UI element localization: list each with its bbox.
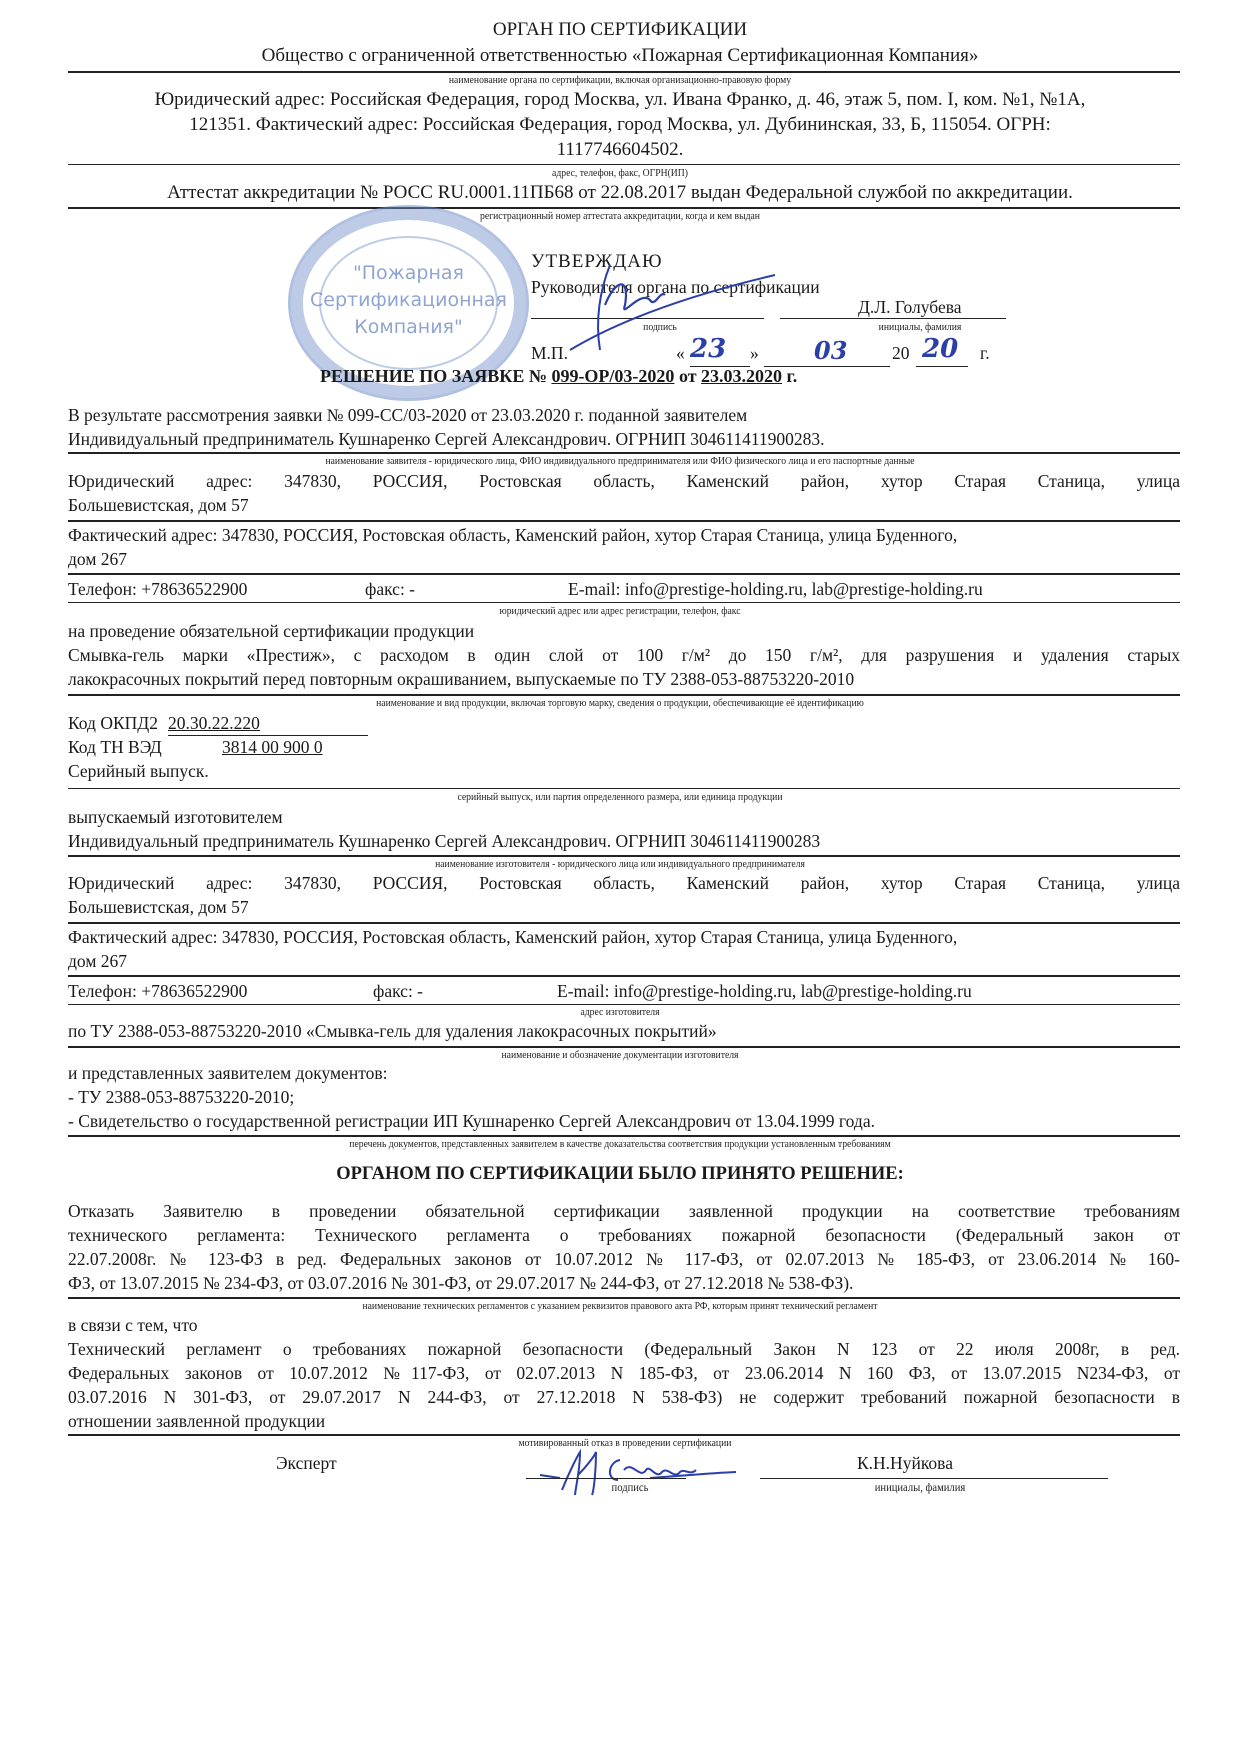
- divider: [68, 1297, 1180, 1299]
- manufacturer-actual-address-1: Фактический адрес: 347830, РОССИЯ, Росто…: [68, 926, 957, 948]
- decision-line: ФЗ, от 13.07.2015 № 234-ФЗ, от 03.07.201…: [68, 1272, 853, 1294]
- applicant-contacts-caption: юридический адрес или адрес регистрации,…: [50, 605, 1191, 618]
- divider: [68, 1046, 1180, 1048]
- accreditation-line: Аттестат аккредитации № РОСС RU.0001.11П…: [0, 181, 1240, 205]
- tnved-value: 3814 00 900 0: [222, 736, 323, 758]
- manufacturer-docs-caption: наименование и обозначение документации …: [50, 1049, 1191, 1062]
- org-address-line-1: Юридический адрес: Российская Федерация,…: [0, 88, 1240, 112]
- approval-year-unit: г.: [980, 342, 990, 364]
- reason-line: 03.07.2016 N 301-ФЗ, от 29.07.2017 N 244…: [68, 1386, 1180, 1408]
- name-line: [780, 318, 1006, 319]
- manufacturer-name-caption: наименование изготовителя - юридического…: [50, 858, 1191, 871]
- decision-title: РЕШЕНИЕ ПО ЗАЯВКЕ № 099-ОР/03-2020 от 23…: [320, 364, 797, 388]
- applicant-name-caption: наименование заявителя - юридического ли…: [50, 455, 1191, 468]
- reason-line: Технический регламент о требованиях пожа…: [68, 1338, 1180, 1360]
- date-close-quote: »: [750, 342, 759, 364]
- product-description-1: Смывка-гель марки «Престиж», с расходом …: [68, 644, 1180, 666]
- release-type: Серийный выпуск.: [68, 760, 209, 782]
- expert-name: К.Н.Нуйкова: [857, 1452, 953, 1474]
- approval-month: 03: [814, 336, 847, 365]
- stamp-text: "Пожарная Сертификационная Компания": [291, 260, 526, 341]
- divider: [68, 452, 1180, 454]
- org-address-caption: адрес, телефон, факс, ОГРН(ИП): [50, 167, 1191, 180]
- manufacturer-docs: по ТУ 2388-053-88753220-2010 «Смывка-гел…: [68, 1020, 717, 1042]
- divider: [68, 207, 1180, 209]
- document-item: - Свидетельство о государственной регист…: [68, 1110, 875, 1132]
- expert-label: Эксперт: [276, 1452, 337, 1474]
- approver-name: Д.Л. Голубева: [858, 296, 962, 318]
- manufacturer-address-caption: адрес изготовителя: [50, 1006, 1191, 1019]
- divider: [68, 1135, 1180, 1137]
- approval-year-prefix: 20: [892, 342, 910, 364]
- application-number: 099-ОР/03-2020: [551, 366, 674, 386]
- approver-signature: [540, 250, 780, 360]
- seal-place-label: М.П.: [531, 342, 568, 364]
- document-title: ОРГАН ПО СЕРТИФИКАЦИИ: [0, 18, 1240, 42]
- divider: [68, 573, 1180, 575]
- divider: [68, 922, 1180, 924]
- divider: [68, 788, 1180, 789]
- okpd2-label: Код ОКПД2: [68, 712, 158, 734]
- manufacturer-legal-address-2: Большевистская, дом 57: [68, 896, 249, 918]
- approval-year-suffix: 20: [922, 334, 958, 364]
- expert-signature-caption: подпись: [593, 1482, 667, 1495]
- decision-caption: наименование технических регламентов с у…: [50, 1300, 1191, 1313]
- applicant-legal-address-2: Большевистская, дом 57: [68, 494, 249, 516]
- org-name: Общество с ограниченной ответственностью…: [0, 44, 1240, 68]
- expert-signature: [500, 1440, 740, 1510]
- divider: [68, 855, 1180, 857]
- reason-line: отношении заявленной продукции: [68, 1410, 325, 1432]
- manufacturer-name: Индивидуальный предприниматель Кушнаренк…: [68, 830, 820, 852]
- applicant-phone: Телефон: +78636522900: [68, 578, 247, 600]
- okpd2-value: 20.30.22.220: [168, 712, 260, 734]
- org-address-line-3: 1117746604502.: [0, 138, 1240, 162]
- applicant-actual-address-2: дом 267: [68, 548, 127, 570]
- divider: [68, 164, 1180, 165]
- divider: [68, 520, 1180, 522]
- document-item: - ТУ 2388-053-88753220-2010;: [68, 1086, 294, 1108]
- approval-day: 23: [690, 334, 726, 364]
- reason-line: Федеральных законов от 10.07.2012 №117-Ф…: [68, 1362, 1180, 1384]
- divider: [68, 602, 1180, 603]
- applicant-fax: факс: -: [365, 578, 415, 600]
- divider: [68, 1434, 1180, 1436]
- manufacturer-phone: Телефон: +78636522900: [68, 980, 247, 1002]
- name-caption: инициалы, фамилия: [856, 321, 985, 334]
- divider: [68, 694, 1180, 696]
- divider: [68, 71, 1180, 73]
- product-intro: на проведение обязательной сертификации …: [68, 620, 474, 642]
- org-name-caption: наименование органа по сертификации, вкл…: [50, 74, 1191, 87]
- application-date: 23.03.2020: [701, 366, 782, 386]
- manufacturer-fax: факс: -: [373, 980, 423, 1002]
- tnved-label: Код ТН ВЭД: [68, 736, 162, 758]
- divider: [68, 1004, 1180, 1005]
- release-caption: серийный выпуск, или партия определенног…: [50, 791, 1191, 804]
- applicant-actual-address-1: Фактический адрес: 347830, РОССИЯ, Росто…: [68, 524, 957, 546]
- manufacturer-email: E-mail: info@prestige-holding.ru, lab@pr…: [557, 980, 972, 1002]
- decision-line: 22.07.2008г. № 123-ФЗ в ред. Федеральных…: [68, 1248, 1180, 1270]
- expert-name-line: [760, 1478, 1108, 1479]
- applicant-name: Индивидуальный предприниматель Кушнаренк…: [68, 428, 825, 450]
- date-open-quote: «: [676, 342, 685, 364]
- applicant-legal-address-1: Юридический адрес: 347830, РОССИЯ, Росто…: [68, 470, 1180, 492]
- certification-decision-document: ОРГАН ПО СЕРТИФИКАЦИИ Общество с огранич…: [0, 0, 1240, 1754]
- expert-signature-line: [526, 1478, 686, 1479]
- applicant-intro: В результате рассмотрения заявки № 099-С…: [68, 404, 747, 426]
- decision-line: Отказать Заявителю в проведении обязател…: [68, 1200, 1180, 1222]
- manufacturer-intro: выпускаемый изготовителем: [68, 806, 283, 828]
- expert-name-caption: инициалы, фамилия: [846, 1482, 993, 1495]
- divider: [68, 975, 1180, 977]
- manufacturer-legal-address-1: Юридический адрес: 347830, РОССИЯ, Росто…: [68, 872, 1180, 894]
- documents-intro: и представленных заявителем документов:: [68, 1062, 388, 1084]
- decision-heading: ОРГАНОМ ПО СЕРТИФИКАЦИИ БЫЛО ПРИНЯТО РЕШ…: [0, 1162, 1240, 1186]
- year-line: [916, 366, 968, 367]
- product-description-2: лакокрасочных покрытий перед повторным о…: [68, 668, 854, 690]
- applicant-email: E-mail: info@prestige-holding.ru, lab@pr…: [568, 578, 983, 600]
- decision-line: технического регламента: Технического ре…: [68, 1224, 1180, 1246]
- manufacturer-actual-address-2: дом 267: [68, 950, 127, 972]
- documents-caption: перечень документов, представленных заяв…: [50, 1138, 1191, 1151]
- reason-intro: в связи с тем, что: [68, 1314, 198, 1336]
- org-address-line-2: 121351. Фактический адрес: Российская Фе…: [0, 113, 1240, 137]
- product-description-caption: наименование и вид продукции, включая то…: [50, 697, 1191, 710]
